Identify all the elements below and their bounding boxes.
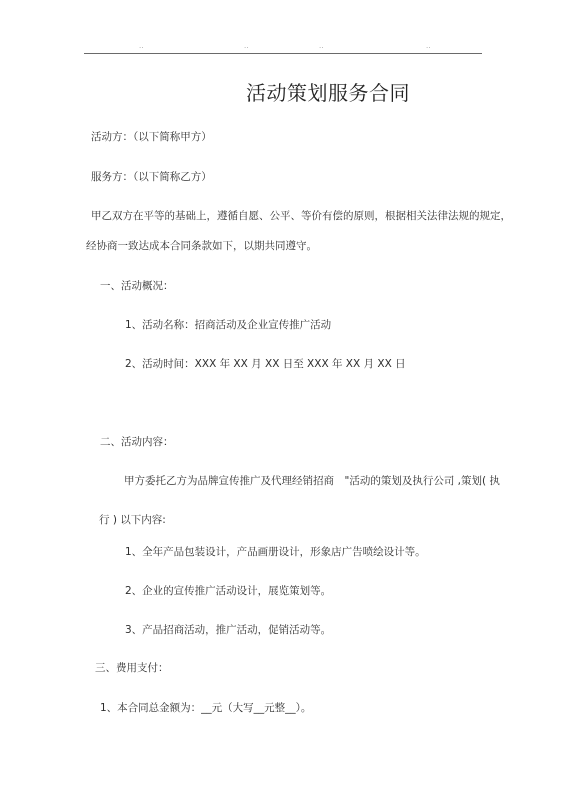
party-a-line: 活动方：（以下简称甲方）: [91, 130, 212, 144]
content-item-3: 3、产品招商活动，推广活动，促销活动等。: [125, 623, 331, 637]
preamble-line-1: 甲乙双方在平等的基础上，遵循自愿、公平、等价有偿的原则，根据相关法律法规的规定，: [91, 209, 511, 223]
content-item-2: 2、企业的宣传推广活动设计，展览策划等。: [125, 584, 331, 598]
header-mark: ..: [139, 42, 143, 50]
header-divider: [84, 53, 482, 54]
header-mark: ..: [426, 42, 430, 50]
section-heading-content: 二、活动内容：: [100, 435, 174, 449]
overview-item-time: 2、活动时间：XXX 年 XX 月 XX 日至 XXX 年 XX 月 XX 日: [125, 357, 406, 371]
header-mark: ..: [319, 42, 323, 50]
payment-item-total: 1、本合同总金额为：__元（大写__元整__）。: [100, 701, 311, 715]
content-intro-line-2: 行 ) 以下内容:: [99, 513, 166, 527]
content-intro-line-1: 甲方委托乙方为品牌宣传推广及代理经销招商 "活动的策划及执行公司 ,策划( 执: [124, 474, 500, 488]
overview-item-name: 1、活动名称：招商活动及企业宣传推广活动: [125, 318, 331, 332]
section-heading-overview: 一、活动概况：: [100, 279, 174, 293]
content-item-1: 1、全年产品包装设计，产品画册设计，形象店广告喷绘设计等。: [125, 545, 426, 559]
header-mark: ..: [244, 42, 248, 50]
document-title: 活动策划服务合同: [246, 80, 410, 106]
preamble-line-2: 经协商一致达成本合同条款如下，以期共同遵守。: [86, 239, 317, 253]
section-heading-payment: 三、费用支付：: [95, 661, 169, 675]
party-b-line: 服务方：（以下简称乙方）: [91, 170, 212, 184]
